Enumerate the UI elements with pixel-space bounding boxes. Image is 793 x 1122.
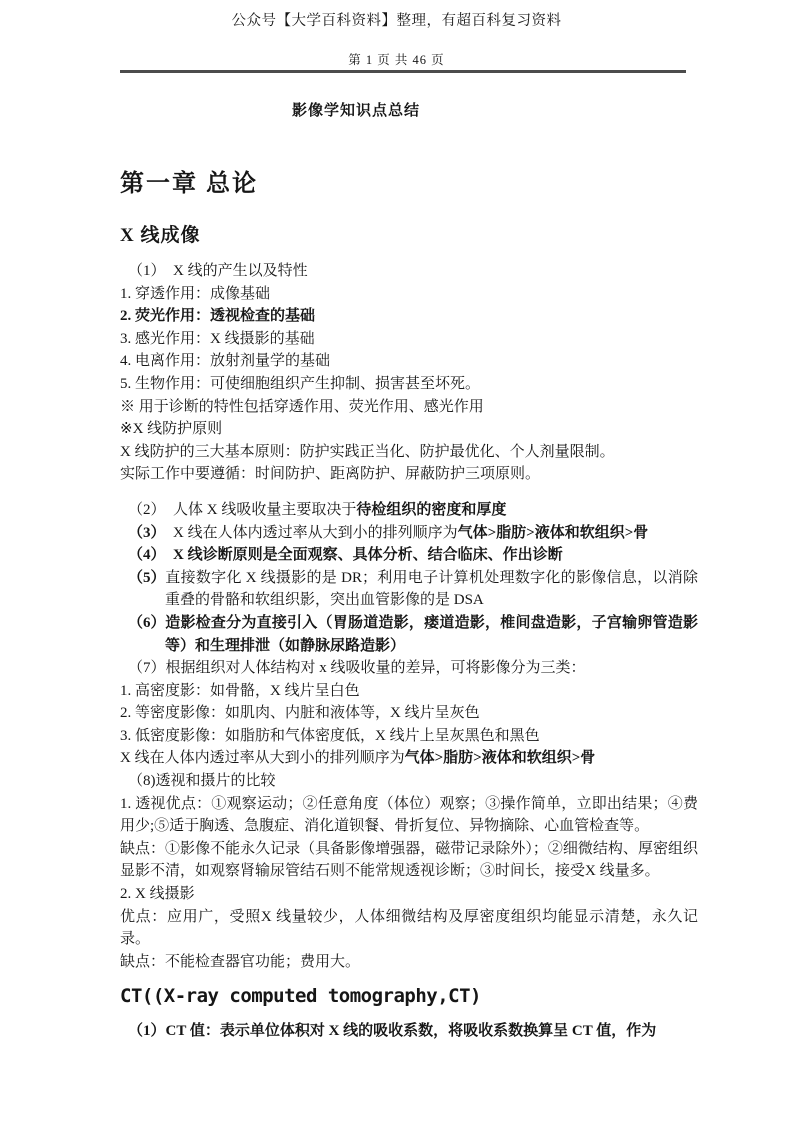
paragraph: X 线防护的三大基本原则：防护实践正当化、防护最优化、个人剂量限制。 [120,441,698,464]
paragraph: 实际工作中要遵循：时间防护、距离防护、屏蔽防护三项原则。 [120,463,698,486]
body-text: （7）根据组织对人体结构对 x 线吸收量的差异，可将影像分为三类： [128,660,586,676]
emphasis-text: 气体>脂肪>液体和软组织>骨 [458,525,649,541]
body-text: 直接数字化 X 线摄影的是 DR；利用电子计算机处理数字化的影像信息，以消除重叠… [165,570,698,609]
emphasis-text: 造影检查分为直接引入（胃肠道造影，瘘道造影，椎间盘造影，子宫输卵管造影等）和生理… [165,615,698,654]
body-text: 5. 生物作用：可使细胞组织产生抑制、损害甚至坏死。 [120,376,480,392]
paragraph: 缺点：①影像不能永久记录（具备影像增强器，磁带记录除外）；②细微结构、厚密组织显… [120,838,698,883]
document-title: 影像学知识点总结 [292,99,698,120]
paragraph: 1. 穿透作用：成像基础 [120,283,698,306]
body-text: 1. 穿透作用：成像基础 [120,286,270,302]
paragraph: （3） X 线在人体内透过率从大到小的排列顺序为气体>脂肪>液体和软组织>骨 [120,522,698,545]
body-text: （1） X 线的产生以及特性 [128,263,308,279]
document-page: { "header": { "line1": "公众号【大学百科资料】整理，有超… [0,0,793,1122]
header-divider [120,70,686,73]
page-number: 第 1 页 共 46 页 [0,50,793,68]
paragraph: 1. 透视优点：①观察运动；②任意角度（体位）观察；③操作简单，立即出结果；④费… [120,793,698,838]
paragraph: 优点：应用广，受照X 线量较少，人体细微结构及厚密度组织均能显示清楚，永久记录。 [120,906,698,951]
document-body: （1） X 线的产生以及特性1. 穿透作用：成像基础2. 荧光作用：透视检查的基… [120,260,698,973]
paragraph: 1. 高密度影：如骨骼，X 线片呈白色 [120,680,698,703]
body-text: 4. 电离作用：放射剂量学的基础 [120,353,330,369]
paragraph: （7）根据组织对人体结构对 x 线吸收量的差异，可将影像分为三类： [120,657,698,680]
body-text: 1. 透视优点：①观察运动；②任意角度（体位）观察；③操作简单，立即出结果；④费… [120,796,698,835]
body-text: X 线在人体内透过率从大到小的排列顺序为 [158,525,458,541]
body-text: 优点：应用广，受照X 线量较少，人体细微结构及厚密度组织均能显示清楚，永久记录。 [120,909,698,948]
body-text: 2. 等密度影像：如肌肉、内脏和液体等，X 线片呈灰色 [120,705,480,721]
body-text: 3. 低密度影像：如脂肪和气体密度低，X 线片上呈灰黑色和黑色 [120,728,540,744]
paragraph: ※ 用于诊断的特性包括穿透作用、荧光作用、感光作用 [120,396,698,419]
emphasis-text: 气体>脂肪>液体和软组织>骨 [405,750,596,766]
body-text: 缺点：不能检查器官功能；费用大。 [120,954,360,970]
paragraph: 缺点：不能检查器官功能；费用大。 [120,951,698,974]
paragraph: （5）直接数字化 X 线摄影的是 DR；利用电子计算机处理数字化的影像信息，以消… [120,567,698,612]
document-content: 影像学知识点总结 第一章 总论 X 线成像 （1） X 线的产生以及特性1. 穿… [120,99,698,1043]
paragraph: 2. X 线摄影 [120,883,698,906]
section-heading-xray: X 线成像 [120,220,698,247]
emphasis-text: （4） X 线诊断原则是全面观察、具体分析、结合临床、作出诊断 [128,547,563,563]
emphasis-text: （3） [128,525,158,541]
section-heading-ct: CT((X-ray computed tomography,CT) [120,985,698,1007]
paragraph: （4） X 线诊断原则是全面观察、具体分析、结合临床、作出诊断 [120,544,698,567]
emphasis-text: 待检组织的密度和厚度 [356,502,506,518]
paragraph: 5. 生物作用：可使细胞组织产生抑制、损害甚至坏死。 [120,373,698,396]
body-text: 3. 感光作用：X 线摄影的基础 [120,331,315,347]
body-text: 2. X 线摄影 [120,886,195,902]
body-text: 缺点：①影像不能永久记录（具备影像增强器，磁带记录除外）；②细微结构、厚密组织显… [120,841,698,880]
page-header: 公众号【大学百科资料】整理，有超百科复习资料 [0,0,793,30]
paragraph: （2） 人体 X 线吸收量主要取决于待检组织的密度和厚度 [120,499,698,522]
body-text: 实际工作中要遵循：时间防护、距离防护、屏蔽防护三项原则。 [120,466,540,482]
paragraph: 4. 电离作用：放射剂量学的基础 [120,350,698,373]
paragraph: （1）CT 值：表示单位体积对 X 线的吸收系数，将吸收系数换算呈 CT 值，作… [120,1020,698,1043]
body-text: ※X 线防护原则 [120,421,222,437]
paragraph: 2. 等密度影像：如肌肉、内脏和液体等，X 线片呈灰色 [120,702,698,725]
body-text: （8)透视和摄片的比较 [128,773,276,789]
paragraph: ※X 线防护原则 [120,418,698,441]
emphasis-text: （1）CT 值：表示单位体积对 X 线的吸收系数，将吸收系数换算呈 CT 值，作… [128,1023,656,1039]
list-marker: （6） [128,612,165,635]
body-text: X 线在人体内透过率从大到小的排列顺序为 [120,750,405,766]
paragraph: 3. 低密度影像：如脂肪和气体密度低，X 线片上呈灰黑色和黑色 [120,725,698,748]
paragraph: 3. 感光作用：X 线摄影的基础 [120,328,698,351]
paragraph: （1） X 线的产生以及特性 [120,260,698,283]
chapter-heading: 第一章 总论 [120,163,698,198]
paragraph: X 线在人体内透过率从大到小的排列顺序为气体>脂肪>液体和软组织>骨 [120,747,698,770]
paragraph: （6）造影检查分为直接引入（胃肠道造影，瘘道造影，椎间盘造影，子宫输卵管造影等）… [120,612,698,657]
list-marker: （5） [128,567,165,590]
paragraph: （8)透视和摄片的比较 [120,770,698,793]
emphasis-text: 2. 荧光作用：透视检查的基础 [120,308,315,324]
document-body-ct: （1）CT 值：表示单位体积对 X 线的吸收系数，将吸收系数换算呈 CT 值，作… [120,1020,698,1043]
body-text: （2） 人体 X 线吸收量主要取决于 [128,502,356,518]
body-text: 1. 高密度影：如骨骼，X 线片呈白色 [120,683,360,699]
body-text: X 线防护的三大基本原则：防护实践正当化、防护最优化、个人剂量限制。 [120,444,615,460]
paragraph: 2. 荧光作用：透视检查的基础 [120,305,698,328]
body-text: ※ 用于诊断的特性包括穿透作用、荧光作用、感光作用 [120,399,484,415]
